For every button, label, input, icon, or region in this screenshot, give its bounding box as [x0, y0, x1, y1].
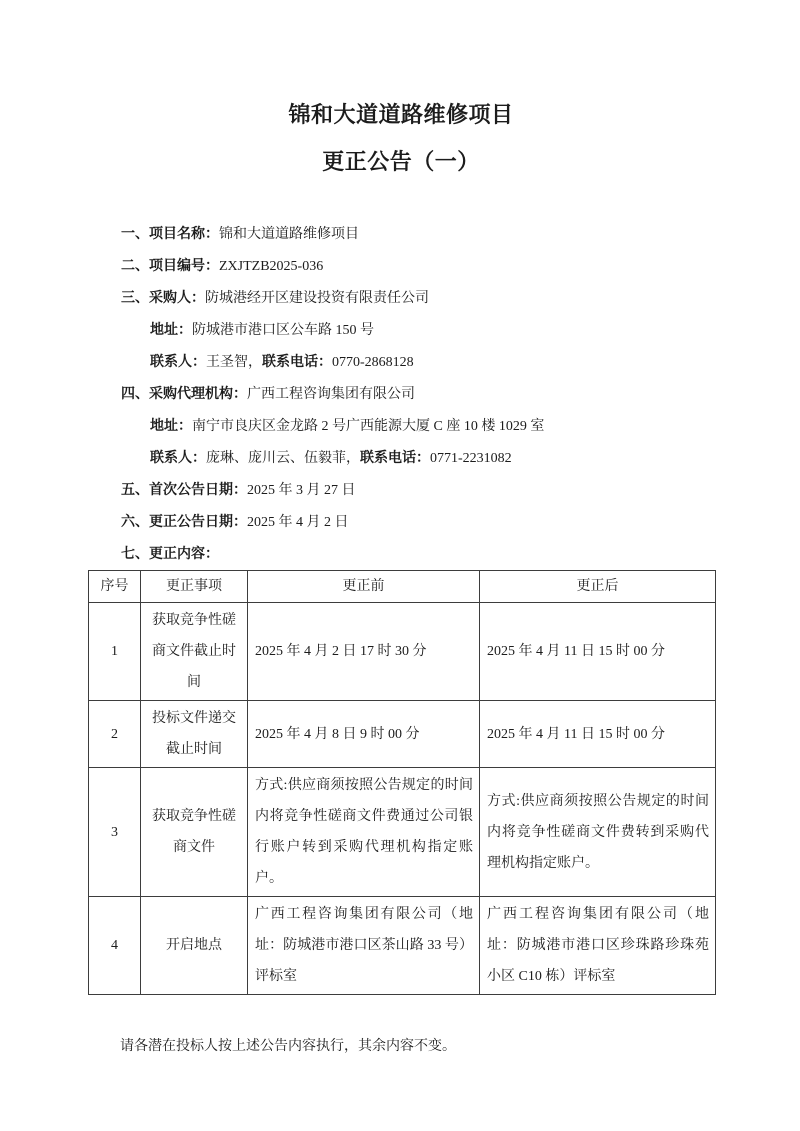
info-label: 联系电话：: [360, 449, 430, 465]
footer-note: 请各潜在投标人按上述公告内容执行，其余内容不变。: [88, 1031, 714, 1062]
cell-item: 获取竞争性磋商文件: [141, 768, 248, 897]
info-value: 防城港经开区建设投资有限责任公司: [205, 291, 429, 306]
info-line-10: 六、更正公告日期：2025 年 4 月 2 日: [88, 506, 714, 538]
cell-item: 投标文件递交截止时间: [141, 701, 248, 768]
cell-item: 获取竞争性磋商文件截止时间: [141, 603, 248, 701]
info-value: 0770-2868128: [332, 355, 414, 370]
table-header-row: 序号更正事项更正前更正后: [89, 571, 716, 603]
cell-before: 方式:供应商须按照公告规定的时间内将竞争性磋商文件费通过公司银行账户转到采购代理…: [248, 768, 480, 897]
info-line-9: 五、首次公告日期：2025 年 3 月 27 日: [88, 474, 714, 506]
info-line-8: 联系人：庞琳、庞川云、伍毅菲，联系电话：0771-2231082: [88, 442, 714, 474]
table-row: 3获取竞争性磋商文件方式:供应商须按照公告规定的时间内将竞争性磋商文件费通过公司…: [89, 768, 716, 897]
cell-no: 1: [89, 603, 141, 701]
info-label: 四、采购代理机构：: [121, 385, 247, 401]
table-row: 1获取竞争性磋商文件截止时间2025 年 4 月 2 日 17 时 30 分20…: [89, 603, 716, 701]
info-label: 联系电话：: [262, 353, 332, 369]
info-list: 一、项目名称：锦和大道道路维修项目二、项目编号：ZXJTZB2025-036三、…: [88, 218, 714, 570]
header-before: 更正前: [248, 571, 480, 603]
info-value: 2025 年 3 月 27 日: [247, 483, 356, 498]
info-value: 广西工程咨询集团有限公司: [247, 387, 415, 402]
correction-table: 序号更正事项更正前更正后 1获取竞争性磋商文件截止时间2025 年 4 月 2 …: [88, 570, 716, 995]
info-label: 一、项目名称：: [121, 225, 219, 241]
info-label: 七、更正内容：: [121, 545, 219, 561]
info-line-1: 一、项目名称：锦和大道道路维修项目: [88, 218, 714, 250]
info-line-11: 七、更正内容：: [88, 538, 714, 570]
cell-no: 4: [89, 897, 141, 995]
info-line-5: 联系人：王圣智，联系电话：0770-2868128: [88, 346, 714, 378]
info-label: 联系人：: [150, 353, 206, 369]
info-label: 联系人：: [150, 449, 206, 465]
info-label: 三、采购人：: [121, 289, 205, 305]
header-item: 更正事项: [141, 571, 248, 603]
info-line-6: 四、采购代理机构：广西工程咨询集团有限公司: [88, 378, 714, 410]
info-value: 防城港市港口区公车路 150 号: [192, 323, 374, 338]
info-value: 2025 年 4 月 2 日: [247, 515, 349, 530]
info-label: 地址：: [150, 321, 192, 337]
info-line-3: 三、采购人：防城港经开区建设投资有限责任公司: [88, 282, 714, 314]
info-value: 王圣智，: [206, 355, 262, 370]
info-value: 南宁市良庆区金龙路 2 号广西能源大厦 C 座 10 楼 1029 室: [192, 419, 544, 434]
info-line-4: 地址：防城港市港口区公车路 150 号: [88, 314, 714, 346]
document-page: 锦和大道道路维修项目 更正公告（一） 一、项目名称：锦和大道道路维修项目二、项目…: [0, 0, 800, 1131]
header-no: 序号: [89, 571, 141, 603]
info-label: 二、项目编号：: [121, 257, 219, 273]
header-after: 更正后: [480, 571, 716, 603]
info-value: 锦和大道道路维修项目: [219, 227, 359, 242]
info-line-2: 二、项目编号：ZXJTZB2025-036: [88, 250, 714, 282]
table-row: 2投标文件递交截止时间2025 年 4 月 8 日 9 时 00 分2025 年…: [89, 701, 716, 768]
cell-after: 2025 年 4 月 11 日 15 时 00 分: [480, 701, 716, 768]
cell-item: 开启地点: [141, 897, 248, 995]
info-label: 地址：: [150, 417, 192, 433]
cell-no: 2: [89, 701, 141, 768]
info-value: ZXJTZB2025-036: [219, 259, 323, 274]
table-row: 4开启地点广西工程咨询集团有限公司（地址：防城港市港口区茶山路 33 号）评标室…: [89, 897, 716, 995]
document-title: 锦和大道道路维修项目: [88, 0, 714, 130]
info-line-7: 地址：南宁市良庆区金龙路 2 号广西能源大厦 C 座 10 楼 1029 室: [88, 410, 714, 442]
info-value: 0771-2231082: [430, 451, 512, 466]
info-value: 庞琳、庞川云、伍毅菲，: [206, 451, 360, 466]
info-label: 五、首次公告日期：: [121, 481, 247, 497]
table-body: 1获取竞争性磋商文件截止时间2025 年 4 月 2 日 17 时 30 分20…: [89, 603, 716, 995]
cell-no: 3: [89, 768, 141, 897]
document-subtitle: 更正公告（一）: [88, 147, 714, 177]
info-label: 六、更正公告日期：: [121, 513, 247, 529]
cell-after: 2025 年 4 月 11 日 15 时 00 分: [480, 603, 716, 701]
cell-after: 方式:供应商须按照公告规定的时间内将竞争性磋商文件费转到采购代理机构指定账户。: [480, 768, 716, 897]
cell-before: 广西工程咨询集团有限公司（地址：防城港市港口区茶山路 33 号）评标室: [248, 897, 480, 995]
cell-before: 2025 年 4 月 8 日 9 时 00 分: [248, 701, 480, 768]
cell-before: 2025 年 4 月 2 日 17 时 30 分: [248, 603, 480, 701]
cell-after: 广西工程咨询集团有限公司（地址：防城港市港口区珍珠路珍珠苑小区 C10 栋）评标…: [480, 897, 716, 995]
